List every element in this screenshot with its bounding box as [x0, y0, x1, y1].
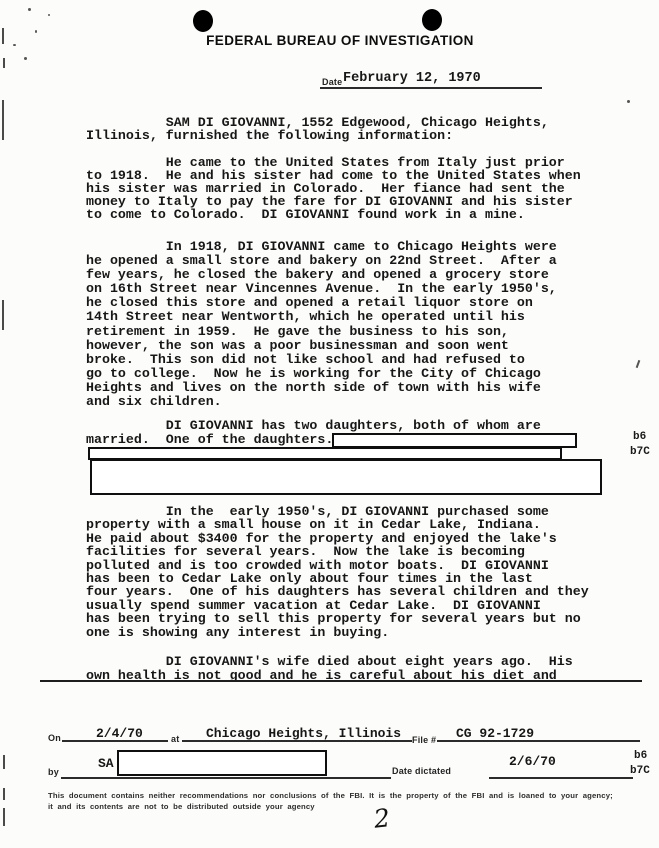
file-number-label: File #	[412, 735, 436, 745]
by-label: by	[48, 767, 59, 777]
by-underline	[61, 777, 391, 779]
scan-speck	[28, 8, 31, 11]
fbi-document-page: FEDERAL BUREAU OF INVESTIGATION Date Feb…	[0, 0, 659, 848]
body-paragraph-3: In 1918, DI GIOVANNI came to Chicago Hei…	[86, 240, 557, 409]
body-paragraph-5: In the early 1950's, DI GIOVANNI purchas…	[86, 505, 589, 639]
scan-speck	[13, 44, 16, 46]
date-dictated-label: Date dictated	[392, 766, 451, 776]
scan-artifact	[3, 755, 5, 769]
redaction-box-3	[90, 459, 602, 495]
file-number-value: CG 92-1729	[456, 726, 534, 741]
scan-artifact	[2, 28, 4, 44]
date-dictated-value: 2/6/70	[509, 754, 556, 769]
body-paragraph-2: He came to the United States from Italy …	[86, 157, 581, 222]
redaction-box-agent-name	[117, 750, 327, 776]
punch-hole-left-icon	[193, 10, 213, 32]
date-value: February 12, 1970	[343, 71, 481, 86]
at-label: at	[171, 734, 179, 744]
scan-artifact	[3, 808, 5, 826]
on-value: 2/4/70	[96, 726, 143, 741]
disclaimer-line-2: it and its contents are not to be distri…	[48, 802, 648, 811]
date-label: Date	[322, 77, 342, 87]
handwritten-page-number: 2	[373, 803, 392, 834]
section-divider-rule	[40, 680, 642, 682]
scan-speck	[35, 30, 37, 33]
date-underline	[320, 87, 542, 89]
punch-hole-right-icon	[422, 9, 442, 31]
location-value: Chicago Heights, Illinois	[206, 726, 401, 741]
footer-classification-code-b6: b6	[634, 750, 647, 762]
classification-code-b7c: b7C	[630, 446, 650, 458]
redaction-box-1	[332, 433, 577, 448]
date-dictated-underline	[489, 777, 633, 779]
body-paragraph-1: SAM DI GIOVANNI, 1552 Edgewood, Chicago …	[86, 116, 549, 142]
scan-speck	[48, 14, 50, 16]
disclaimer-line-1: This document contains neither recommend…	[48, 791, 648, 800]
on-label: On	[48, 733, 61, 743]
scan-speck	[24, 57, 27, 60]
classification-code-b6: b6	[633, 431, 646, 443]
scan-artifact	[3, 58, 5, 68]
body-paragraph-6: DI GIOVANNI's wife died about eight year…	[86, 655, 573, 682]
scan-artifact	[3, 788, 5, 800]
scan-speck	[627, 100, 630, 103]
sa-prefix: SA	[98, 756, 114, 771]
scan-artifact	[2, 300, 4, 330]
scan-artifact	[2, 100, 4, 140]
footer-classification-code-b7c: b7C	[630, 765, 650, 777]
agency-title: FEDERAL BUREAU OF INVESTIGATION	[160, 33, 520, 48]
scan-speck	[636, 360, 641, 368]
